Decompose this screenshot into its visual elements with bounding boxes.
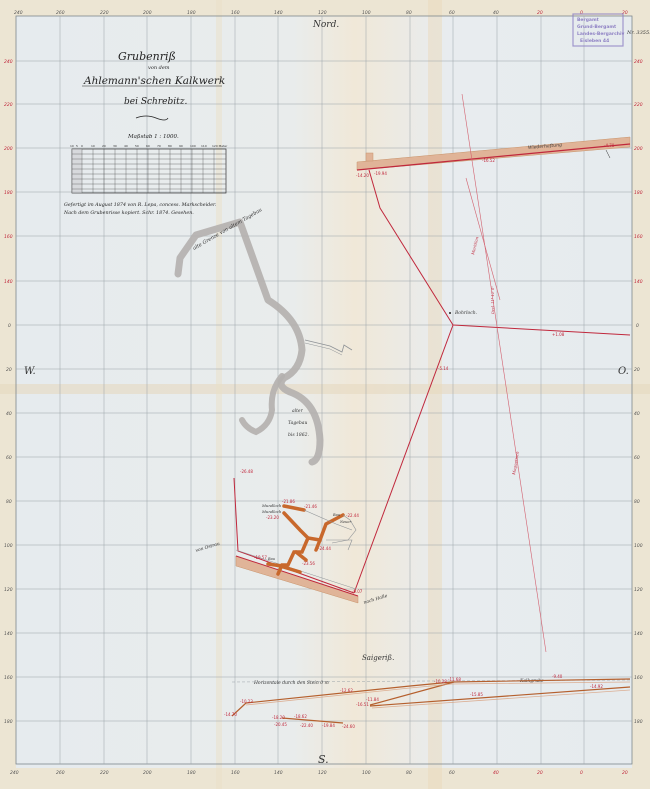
- svg-text:100: 100: [362, 10, 371, 16]
- svg-text:-20.45: -20.45: [274, 722, 287, 727]
- svg-text:-14.70: -14.70: [224, 712, 237, 717]
- svg-text:80: 80: [6, 499, 12, 505]
- svg-text:0: 0: [8, 323, 11, 329]
- svg-text:-19.94: -19.94: [374, 171, 387, 176]
- svg-text:Maßstab 1 : 1000.: Maßstab 1 : 1000.: [127, 134, 179, 140]
- svg-text:-15.85: -15.85: [470, 692, 483, 697]
- fold-stain-vertical: [428, 0, 442, 789]
- svg-text:alter: alter: [292, 408, 304, 414]
- svg-text:240: 240: [4, 59, 13, 65]
- svg-text:von dem: von dem: [148, 65, 170, 71]
- svg-text:20: 20: [622, 770, 628, 776]
- svg-text:Mundloch: Mundloch: [261, 509, 282, 514]
- archive-reference-number: Nr. 3355.: [626, 30, 650, 36]
- svg-text:200: 200: [143, 770, 152, 776]
- svg-text:-10.23: -10.23: [240, 699, 253, 704]
- svg-text:-14.92: -14.92: [590, 684, 603, 689]
- svg-text:180: 180: [634, 190, 643, 196]
- svg-text:20: 20: [537, 770, 543, 776]
- svg-text:60: 60: [449, 770, 455, 776]
- svg-text:40: 40: [634, 411, 640, 417]
- compass-north: Nord.: [312, 20, 339, 30]
- svg-text:140: 140: [4, 631, 13, 637]
- svg-text:10: 10: [70, 144, 74, 148]
- svg-text:80: 80: [168, 144, 172, 148]
- svg-text:220: 220: [100, 10, 109, 16]
- compass-west: W.: [24, 366, 36, 377]
- bohrloch-marker: [449, 312, 451, 314]
- svg-text:180: 180: [634, 719, 643, 725]
- fold-stain-vertical-2: [216, 0, 222, 789]
- svg-text:-18.62: -18.62: [294, 714, 307, 719]
- svg-text:-22.40: -22.40: [300, 723, 313, 728]
- svg-text:40: 40: [124, 144, 128, 148]
- svg-text:5: 5: [76, 144, 78, 148]
- svg-text:Grubenriß: Grubenriß: [118, 50, 176, 63]
- svg-text:-19.84: -19.84: [322, 723, 335, 728]
- svg-text:140: 140: [274, 10, 283, 16]
- svg-text:-16.51: -16.51: [356, 702, 369, 707]
- svg-text:120: 120: [318, 10, 327, 16]
- svg-text:240: 240: [14, 10, 23, 16]
- svg-text:80: 80: [634, 499, 640, 505]
- svg-text:40: 40: [493, 770, 499, 776]
- svg-text:200: 200: [634, 146, 643, 152]
- svg-text:260: 260: [56, 770, 65, 776]
- svg-text:70: 70: [157, 144, 161, 148]
- svg-text:-22.44: -22.44: [346, 513, 359, 518]
- svg-text:240: 240: [10, 770, 19, 776]
- svg-text:30: 30: [113, 144, 117, 148]
- svg-text:120: 120: [318, 770, 327, 776]
- svg-text:-24.60: -24.60: [342, 724, 355, 729]
- svg-text:-18.20: -18.20: [272, 715, 285, 720]
- svg-text:90: 90: [179, 144, 183, 148]
- svg-text:160: 160: [231, 10, 240, 16]
- svg-text:160: 160: [634, 234, 643, 240]
- svg-text:60: 60: [6, 455, 12, 461]
- survey-note-1: Gefertigt im August 1874 von R. Lepa, co…: [64, 202, 217, 208]
- svg-text:220: 220: [100, 770, 109, 776]
- svg-text:-23.56: -23.56: [302, 561, 315, 566]
- survey-note-2: Nach dem Grubenrisse kopiert. Schr. 1874…: [63, 210, 194, 216]
- svg-text:-24.44: -24.44: [318, 546, 331, 551]
- svg-text:120: 120: [4, 587, 13, 593]
- svg-text:Neuer: Neuer: [339, 520, 351, 524]
- svg-text:160: 160: [231, 770, 240, 776]
- fold-stain-horizontal: [0, 384, 650, 394]
- svg-text:100: 100: [4, 543, 13, 549]
- svg-text:bei Schrebitz.: bei Schrebitz.: [124, 97, 187, 107]
- svg-text:180: 180: [4, 719, 13, 725]
- svg-text:20: 20: [6, 367, 12, 373]
- svg-text:-9.40: -9.40: [552, 674, 563, 679]
- svg-text:120: 120: [634, 587, 643, 593]
- svg-text:-21.86: -21.86: [282, 499, 295, 504]
- svg-text:180: 180: [187, 10, 196, 16]
- svg-text:220: 220: [634, 102, 643, 108]
- historical-mine-map: 240 260 220 200 180 160 140 120 100 80 6…: [0, 0, 650, 789]
- elev-mid-b: +1.08: [552, 332, 565, 337]
- svg-text:Mundloch: Mundloch: [261, 503, 282, 508]
- svg-text:20: 20: [537, 10, 543, 16]
- svg-text:20: 20: [634, 367, 640, 373]
- svg-text:100: 100: [634, 543, 643, 549]
- elev-mid-a: -5.14: [438, 366, 449, 371]
- svg-text:-11.68: -11.68: [448, 677, 461, 682]
- svg-text:220: 220: [4, 102, 13, 108]
- svg-text:180: 180: [4, 190, 13, 196]
- svg-text:10: 10: [91, 144, 95, 148]
- svg-text:-23.20: -23.20: [266, 515, 279, 520]
- svg-text:-11.84: -11.84: [366, 697, 379, 702]
- svg-text:80: 80: [406, 10, 412, 16]
- svg-text:60: 60: [449, 10, 455, 16]
- svg-text:0: 0: [580, 770, 583, 776]
- svg-text:Tagebau: Tagebau: [288, 420, 307, 426]
- svg-text:160: 160: [4, 675, 13, 681]
- svg-text:Horizontale durch den Stein 0: Horizontale durch den Stein 0 m: [253, 680, 329, 686]
- svg-text:120 Meter: 120 Meter: [212, 144, 228, 148]
- svg-text:140: 140: [274, 770, 283, 776]
- svg-text:160: 160: [4, 234, 13, 240]
- svg-text:Bau: Bau: [267, 557, 276, 561]
- svg-text:100: 100: [190, 144, 196, 148]
- svg-text:-4.70: -4.70: [604, 143, 615, 148]
- svg-text:140: 140: [634, 631, 643, 637]
- compass-east: O.: [618, 366, 629, 377]
- svg-text:Ahlemann'schen Kalkwerk: Ahlemann'schen Kalkwerk: [83, 75, 225, 87]
- svg-text:50: 50: [135, 144, 139, 148]
- svg-text:Bergamt: Bergamt: [577, 17, 600, 23]
- svg-text:80: 80: [406, 770, 412, 776]
- bohrloch-label: Bohrloch.: [454, 310, 478, 316]
- svg-text:0: 0: [580, 10, 583, 16]
- svg-text:200: 200: [143, 10, 152, 16]
- svg-text:Saigeriß.: Saigeriß.: [362, 654, 394, 662]
- elev-sw-corner: -19.57: [254, 555, 267, 560]
- declination-label: Decl. 11° 12' 0": [491, 286, 495, 315]
- svg-text:Landes-Bergarchiv: Landes-Bergarchiv: [577, 31, 625, 37]
- svg-text:200: 200: [4, 146, 13, 152]
- elev-w-point: -26.48: [240, 469, 253, 474]
- svg-text:60: 60: [146, 144, 150, 148]
- svg-text:140: 140: [4, 279, 13, 285]
- svg-text:20: 20: [102, 144, 106, 148]
- svg-text:Grund-Bergamt: Grund-Bergamt: [577, 24, 617, 30]
- svg-text:140: 140: [634, 279, 643, 285]
- svg-text:-16.52: -16.52: [482, 158, 495, 163]
- elev-se-corner: -9.07: [352, 589, 363, 594]
- svg-text:60: 60: [634, 455, 640, 461]
- svg-text:-10.28: -10.28: [434, 679, 447, 684]
- svg-text:bis 1862.: bis 1862.: [288, 432, 310, 438]
- svg-text:260: 260: [56, 10, 65, 16]
- svg-text:-14.20: -14.20: [356, 173, 369, 178]
- svg-text:180: 180: [187, 770, 196, 776]
- svg-text:110: 110: [201, 144, 207, 148]
- svg-text:40: 40: [493, 10, 499, 16]
- svg-text:240: 240: [634, 59, 643, 65]
- compass-south: S.: [318, 753, 329, 766]
- svg-text:40: 40: [6, 411, 12, 417]
- svg-text:-21.46: -21.46: [304, 504, 317, 509]
- svg-text:Eisleben 44: Eisleben 44: [580, 38, 609, 44]
- svg-text:100: 100: [362, 770, 371, 776]
- svg-text:Bau: Bau: [332, 513, 341, 517]
- svg-text:0: 0: [636, 323, 639, 329]
- svg-text:-12.62: -12.62: [340, 688, 353, 693]
- svg-text:160: 160: [634, 675, 643, 681]
- svg-text:0: 0: [81, 144, 83, 148]
